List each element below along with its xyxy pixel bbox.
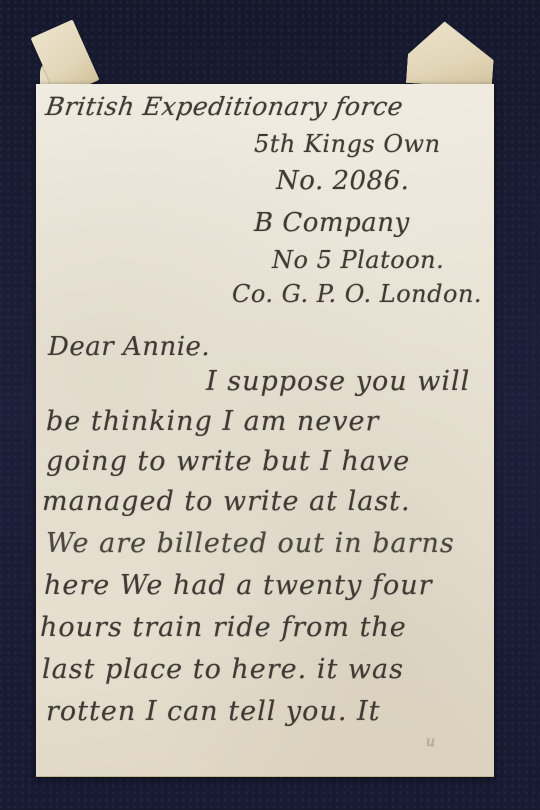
- header-platoon: No 5 Platoon.: [272, 246, 444, 274]
- header-company: B Company: [254, 208, 410, 238]
- body-line: here We had a twenty four: [44, 570, 433, 601]
- letter-page: British Expeditionary force 5th Kings Ow…: [36, 84, 494, 777]
- body-line: We are billeted out in barns: [46, 528, 455, 559]
- body-line: last place to here. it was: [42, 654, 404, 685]
- body-line: be thinking I am never: [46, 406, 379, 437]
- header-post-office: Co. G. P. O. London.: [232, 280, 482, 308]
- body-line: going to write but I have: [46, 446, 410, 477]
- body-line: managed to write at last.: [42, 486, 411, 517]
- salutation: Dear Annie.: [48, 332, 210, 362]
- body-line: I suppose you will: [206, 366, 470, 397]
- tape-corner-right: [406, 19, 496, 89]
- header-regiment: 5th Kings Own: [254, 130, 441, 158]
- body-line: rotten I can tell you. It: [46, 696, 381, 727]
- faint-pencil-mark: u: [426, 734, 436, 750]
- body-line: hours train ride from the: [40, 612, 407, 643]
- header-unit: British Expeditionary force: [44, 92, 405, 121]
- header-service-number: No. 2086.: [276, 166, 409, 196]
